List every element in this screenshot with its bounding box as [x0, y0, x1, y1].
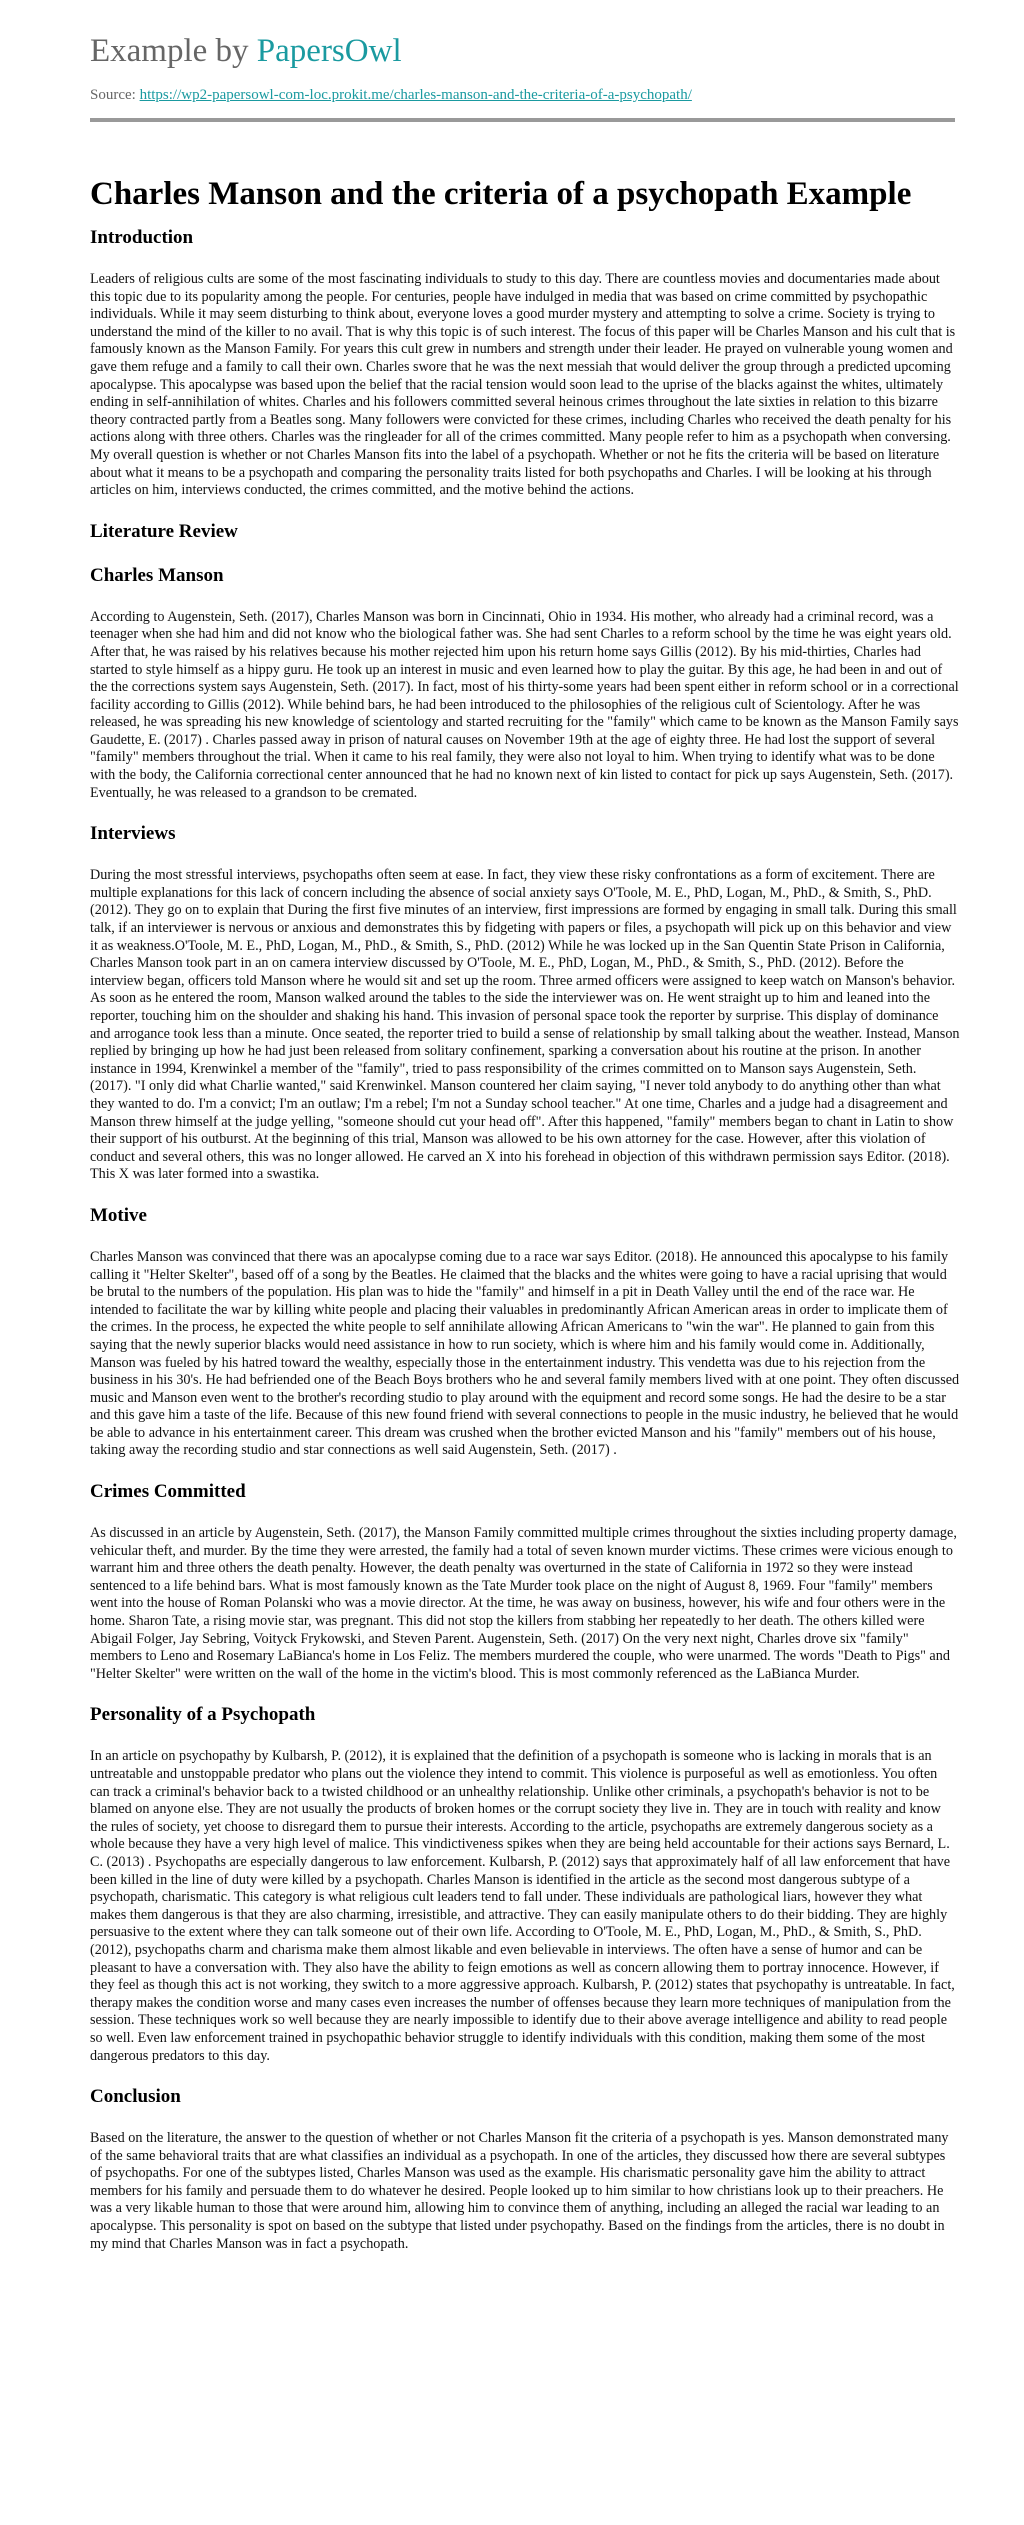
page-title: Charles Manson and the criteria of a psy… — [90, 174, 955, 214]
section-body: Based on the literature, the answer to t… — [90, 2130, 960, 2253]
section-personality-of-a-psychopath: Personality of a Psychopath In an articl… — [90, 1703, 955, 2065]
document-page: Example by PapersOwl Source: https://wp2… — [0, 0, 1024, 2269]
section-heading: Literature Review — [90, 520, 955, 544]
section-heading: Motive — [90, 1204, 955, 1228]
section-heading: Charles Manson — [90, 564, 955, 588]
section-body: As discussed in an article by Augenstein… — [90, 1525, 960, 1683]
section-heading: Crimes Committed — [90, 1480, 955, 1504]
section-heading: Interviews — [90, 822, 955, 846]
section-motive: Motive Charles Manson was convinced that… — [90, 1204, 955, 1460]
header-divider — [90, 118, 955, 122]
section-interviews: Interviews During the most stressful int… — [90, 822, 955, 1184]
section-body: According to Augenstein, Seth. (2017), C… — [90, 609, 960, 803]
section-crimes-committed: Crimes Committed As discussed in an arti… — [90, 1480, 955, 1683]
source-link[interactable]: https://wp2-papersowl-com-loc.prokit.me/… — [140, 87, 692, 103]
section-body: In an article on psychopathy by Kulbarsh… — [90, 1748, 960, 2065]
section-conclusion: Conclusion Based on the literature, the … — [90, 2085, 955, 2253]
section-body: During the most stressful interviews, ps… — [90, 867, 960, 1184]
source-label: Source: — [90, 87, 140, 103]
bottom-spacer — [90, 2253, 955, 2269]
brand-prefix: Example by — [90, 33, 257, 69]
site-header: Example by PapersOwl Source: https://wp2… — [90, 0, 955, 122]
source-line: Source: https://wp2-papersowl-com-loc.pr… — [90, 86, 955, 104]
section-body: Leaders of religious cults are some of t… — [90, 271, 960, 500]
article: Charles Manson and the criteria of a psy… — [90, 174, 955, 2269]
section-heading: Introduction — [90, 226, 955, 250]
section-introduction: Introduction Leaders of religious cults … — [90, 226, 955, 500]
brand-name: PapersOwl — [257, 33, 402, 69]
section-heading: Conclusion — [90, 2085, 955, 2109]
section-body: Charles Manson was convinced that there … — [90, 1249, 960, 1460]
section-heading: Personality of a Psychopath — [90, 1703, 955, 1727]
section-literature-review: Literature Review — [90, 520, 955, 544]
section-charles-manson: Charles Manson According to Augenstein, … — [90, 564, 955, 803]
brand-title: Example by PapersOwl — [90, 0, 955, 71]
